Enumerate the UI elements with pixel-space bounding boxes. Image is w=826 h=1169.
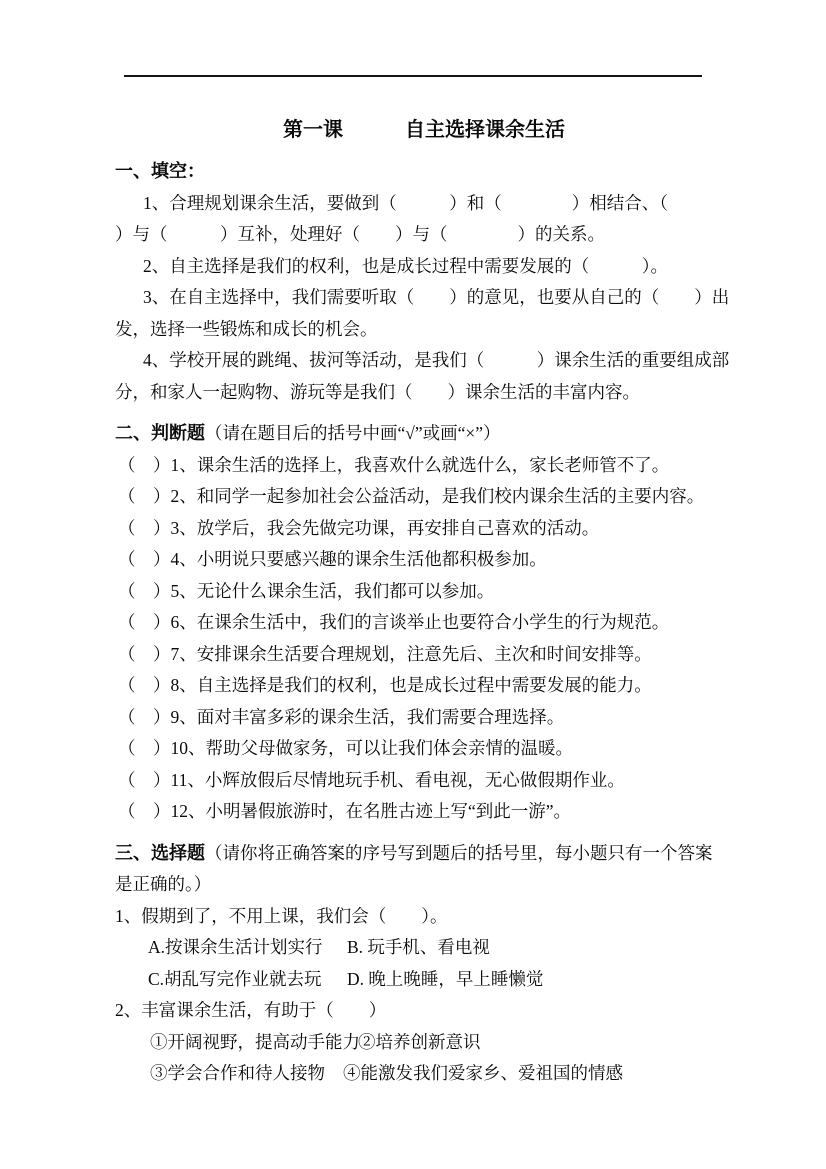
choice-option-c: C.胡乱写完作业就去玩 (148, 964, 347, 996)
lesson-number: 第一课 (283, 119, 343, 141)
judge-item-4: （ ）4、小明说只要感兴趣的课余生活他都积极参加。 (115, 544, 755, 576)
judge-heading-label: 二、判断题 (115, 423, 205, 443)
judge-item-2: （ ）2、和同学一起参加社会公益活动，是我们校内课余生活的主要内容。 (115, 481, 755, 513)
worksheet-title: 第一课自主选择课余生活 (115, 0, 755, 146)
choice-option-circle-3: ③学会合作和待人接物 (150, 1058, 343, 1090)
judge-item-7: （ ）7、安排课余生活要合理规划，注意先后、主次和时间安排等。 (115, 639, 755, 671)
fill-line-6: 4、学校开展的跳绳、拔河等活动，是我们（ ）课余生活的重要组成部 (115, 345, 755, 377)
section-heading-fill: 一、填空： (115, 156, 755, 188)
choice-option-b: B. 玩手机、看电视 (347, 937, 490, 957)
judge-item-8: （ ）8、自主选择是我们的权利，也是成长过程中需要发展的能力。 (115, 670, 755, 702)
judge-item-5: （ ）5、无论什么课余生活，我们都可以参加。 (115, 576, 755, 608)
lesson-title: 自主选择课余生活 (405, 119, 565, 141)
choice-option-circle-1: ①开阔视野，提高动手能力 (150, 1027, 358, 1059)
judge-item-3: （ ）3、放学后，我会先做完功课，再安排自己喜欢的活动。 (115, 513, 755, 545)
judge-item-12: （ ）12、小明暑假旅游时，在名胜古迹上写“到此一游”。 (115, 796, 755, 828)
choice-heading-note: （请你将正确答案的序号写到题后的括号里，每小题只有一个答案 (205, 843, 713, 863)
fill-line-2: ）与（ ）互补，处理好（ ）与（ ）的关系。 (115, 219, 755, 251)
fill-line-7: 分，和家人一起购物、游玩等是我们（ ）课余生活的丰富内容。 (115, 377, 755, 409)
fill-line-1: 1、合理规划课余生活，要做到（ ）和（ ）相结合、（ (115, 188, 755, 220)
choice-question-2: 2、丰富课余生活，有助于（ ） (115, 995, 755, 1027)
fill-line-4: 3、在自主选择中，我们需要听取（ ）的意见，也要从自己的（ ）出 (115, 282, 755, 314)
judge-item-9: （ ）9、面对丰富多彩的课余生活，我们需要合理选择。 (115, 702, 755, 734)
judge-item-6: （ ）6、在课余生活中，我们的言谈举止也要符合小学生的行为规范。 (115, 607, 755, 639)
choice-option-circle-2: ②培养创新意识 (358, 1032, 481, 1052)
worksheet-page: 第一课自主选择课余生活 一、填空： 1、合理规划课余生活，要做到（ ）和（ ）相… (115, 0, 755, 1090)
section-heading-judge: 二、判断题（请在题目后的括号中画“√”或画“×”） (115, 418, 755, 450)
judge-heading-note: （请在题目后的括号中画“√”或画“×”） (205, 423, 501, 443)
fill-line-3: 2、自主选择是我们的权利，也是成长过程中需要发展的（ ）。 (115, 251, 755, 283)
choice-instructions-wrap: 是正确的。） (115, 869, 755, 901)
section-heading-choice: 三、选择题（请你将正确答案的序号写到题后的括号里，每小题只有一个答案 (115, 838, 755, 870)
judge-item-10: （ ）10、帮助父母做家务，可以让我们体会亲情的温暖。 (115, 733, 755, 765)
choice-q2-options-row-2: ③学会合作和待人接物④能激发我们爱家乡、爱祖国的情感 (115, 1058, 755, 1090)
choice-heading-label: 三、选择题 (115, 843, 205, 863)
choice-option-a: A.按课余生活计划实行 (148, 932, 347, 964)
choice-question-1: 1、假期到了，不用上课，我们会（ ）。 (115, 901, 755, 933)
judge-item-1: （ ）1、课余生活的选择上，我喜欢什么就选什么，家长老师管不了。 (115, 450, 755, 482)
fill-line-5: 发，选择一些锻炼和成长的机会。 (115, 314, 755, 346)
judge-item-11: （ ）11、小辉放假后尽情地玩手机、看电视，无心做假期作业。 (115, 765, 755, 797)
choice-q2-options-row-1: ①开阔视野，提高动手能力②培养创新意识 (115, 1027, 755, 1059)
choice-option-d: D. 晚上晚睡，早上睡懒觉 (347, 969, 543, 989)
choice-q1-options-row-2: C.胡乱写完作业就去玩D. 晚上晚睡，早上睡懒觉 (115, 964, 755, 996)
choice-option-circle-4: ④能激发我们爱家乡、爱祖国的情感 (343, 1063, 623, 1083)
choice-q1-options-row-1: A.按课余生活计划实行B. 玩手机、看电视 (115, 932, 755, 964)
